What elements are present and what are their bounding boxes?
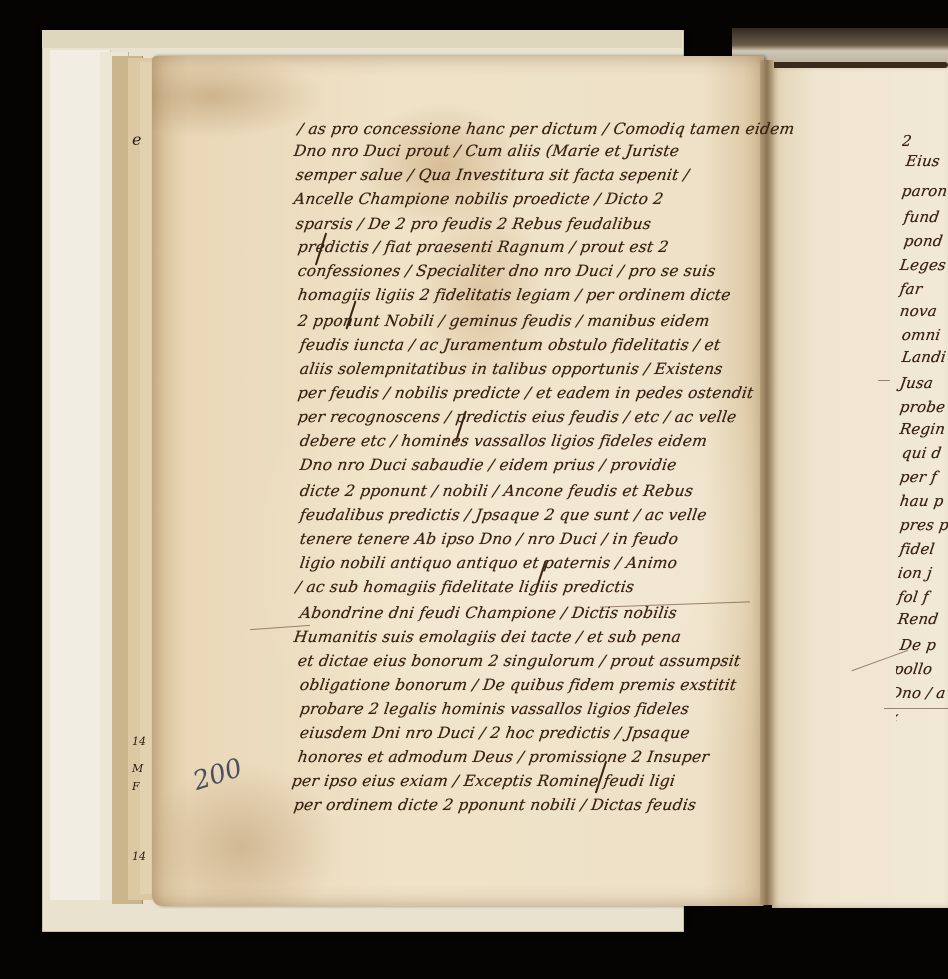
manuscript-line: tenere tenere Ab ipso Dno / nro Duci / i… (298, 528, 679, 550)
edge-mark: 14 (132, 735, 146, 748)
manuscript-line: / ac sub homagiis fidelitate ligiis pred… (294, 576, 635, 598)
edge-mark: 14 (132, 850, 146, 863)
manuscript-line: paron (900, 180, 948, 202)
edge-mark: M (132, 762, 143, 775)
line-filler-stroke (884, 708, 948, 709)
manuscript-line: z (896, 706, 900, 728)
manuscript-line: Humanitis suis emolagiis dei tacte / et … (292, 626, 682, 648)
right-page-text-block: 2 (902, 130, 948, 152)
manuscript-line: probe (898, 396, 946, 418)
manuscript-line: debere etc / homines vassallos ligios fi… (298, 430, 708, 452)
manuscript-line: Eius (904, 150, 941, 172)
manuscript-line: per ipso eius exiam / Exceptis Romine fe… (290, 770, 676, 792)
manuscript-line: per f (898, 466, 938, 488)
manuscript-line: Dno nro Duci prout / Cum aliis (Marie et… (292, 140, 680, 162)
edge-mark: F (132, 780, 140, 793)
manuscript-line: dicte 2 pponunt / nobili / Ancone feudis… (298, 480, 694, 502)
manuscript-line: Regin (898, 418, 946, 440)
manuscript-line: hau p (898, 490, 945, 512)
manuscript-line: fol f (896, 586, 930, 608)
manuscript-line: predictis / fiat praesenti Ragnum / prou… (296, 236, 670, 258)
manuscript-line: sparsis / De 2 pro feudis 2 Rebus feudal… (294, 213, 652, 235)
manuscript-line: 2 pponunt Nobili / geminus feudis / mani… (296, 310, 711, 332)
manuscript-line: honores et admodum Deus / promissione 2 … (296, 746, 710, 768)
manuscript-line: pond (902, 230, 944, 252)
manuscript-line: feudis iuncta / ac Juramentum obstulo fi… (298, 334, 722, 356)
manuscript-line: Dno / a (896, 682, 947, 704)
manuscript-line: Rend (896, 608, 939, 630)
manuscript-line: probare 2 legalis hominis vassallos ligi… (298, 698, 690, 720)
manuscript-line: omni (900, 324, 942, 346)
manuscript-line: Jusa (898, 372, 934, 394)
manuscript-line: far (898, 278, 923, 300)
manuscript-line: feudalibus predictis / Jpsaque 2 que sun… (298, 504, 708, 526)
manuscript-line: pollo (896, 658, 934, 680)
manuscript-line: nova (898, 300, 938, 322)
manuscript-line: per ordinem dicte 2 pponunt nobili / Dic… (292, 794, 697, 816)
manuscript-line: obligatione bonorum / De quibus fidem pr… (298, 674, 737, 696)
manuscript-line: et dictae eius bonorum 2 singulorum / pr… (296, 650, 741, 672)
manuscript-line: / as pro concessione hanc per dictum / C… (296, 118, 796, 140)
board-flap (42, 30, 682, 48)
manuscript-line: qui d (900, 442, 943, 464)
manuscript-line: ligio nobili antiquo antiquo et paternis… (298, 552, 678, 574)
manuscript-line: Dno nro Duci sabaudie / eidem prius / pr… (298, 454, 678, 476)
manuscript-line: 2 (902, 130, 948, 152)
manuscript-line: ion j (896, 562, 933, 584)
manuscript-line: confessiones / Specialiter dno nro Duci … (296, 260, 717, 282)
manuscript-line: Ancelle Champione nobilis proedicte / Di… (292, 188, 664, 210)
manuscript-line: semper salue / Qua Investitura sit facta… (294, 164, 690, 186)
manuscript-line: Leges (898, 254, 947, 276)
manuscript-line: fidel (898, 538, 936, 560)
manuscript-line: per feudis / nobilis predicte / et eadem… (296, 382, 755, 404)
manuscript-line: eiusdem Dni nro Duci / 2 hoc predictis /… (298, 722, 691, 744)
manuscript-line: per recognoscens / predictis eius feudis… (296, 406, 738, 428)
manuscript-line: De p (898, 634, 937, 656)
right-page-text-column: Eius paron fund pond Leges far nova omni… (896, 150, 948, 730)
manuscript-line: fund (902, 206, 940, 228)
manuscript-line: homagiis ligiis 2 fidelitatis legiam / p… (296, 284, 732, 306)
manuscript-line: Landi (900, 346, 947, 368)
manuscript-line: pres p (898, 514, 948, 536)
left-page-text-block: / as pro concessione hanc per dictum / C… (298, 118, 768, 838)
margin-stroke (878, 380, 890, 381)
edge-mark: e (132, 130, 141, 149)
manuscript-line: aliis solempnitatibus in talibus opportu… (298, 358, 724, 380)
